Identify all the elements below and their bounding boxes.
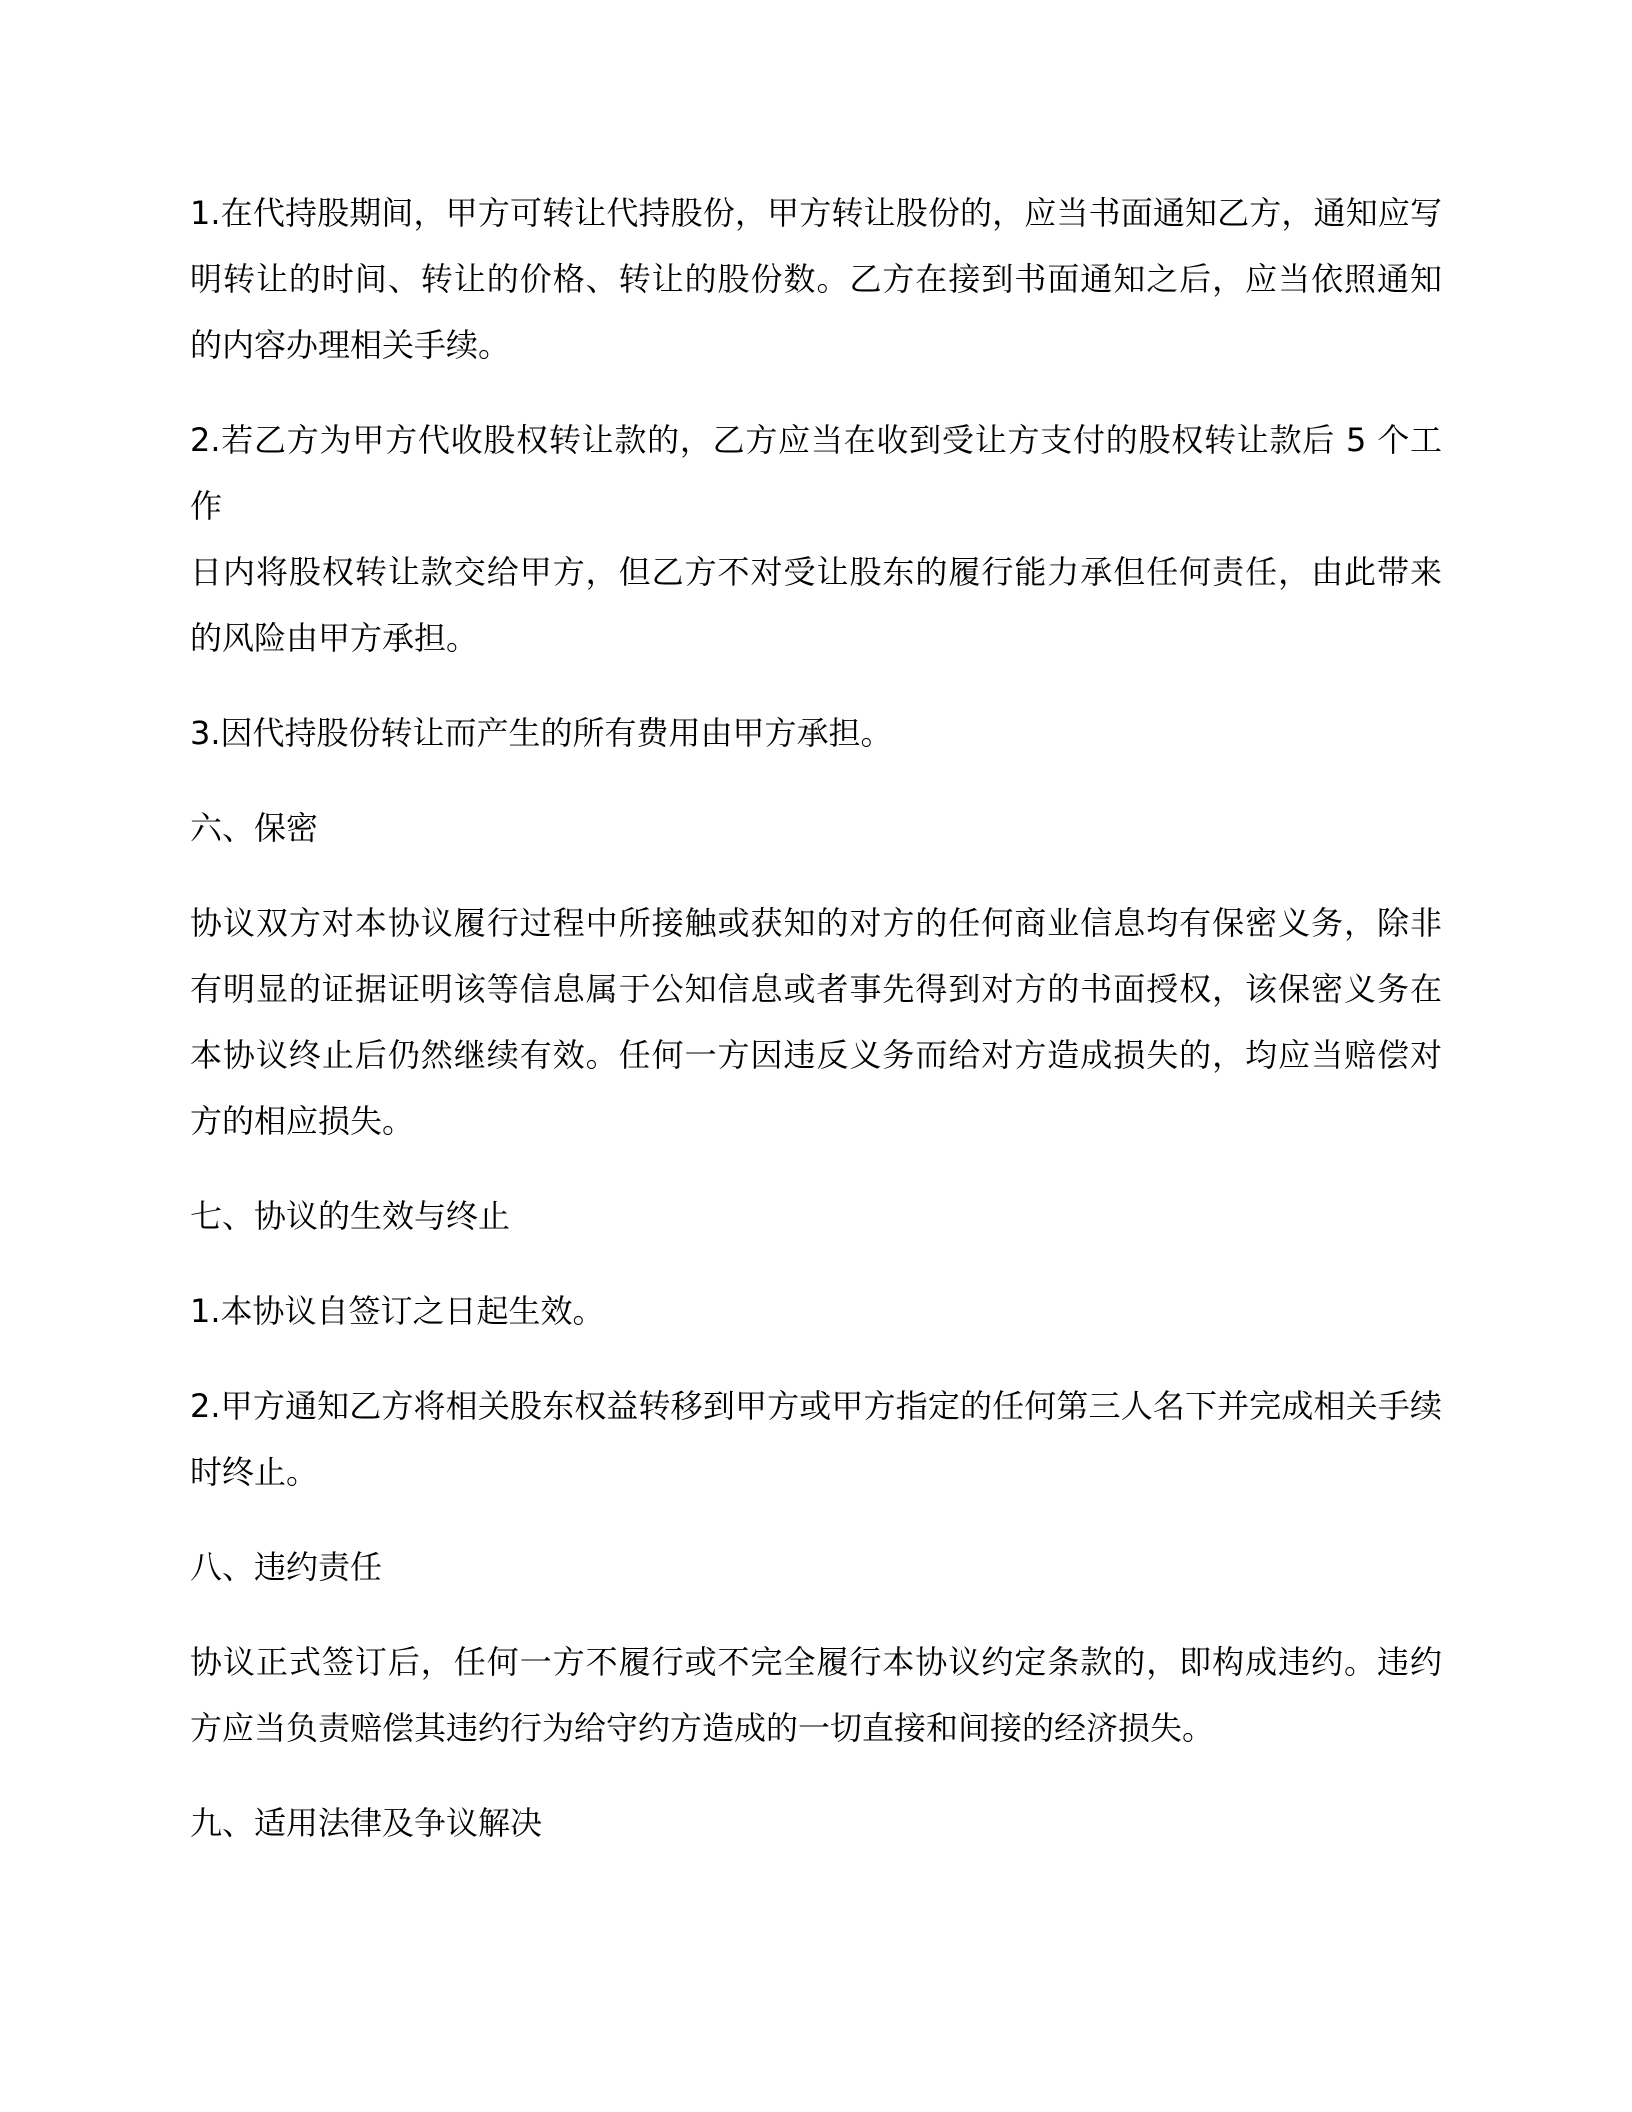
text-line: 日内将股权转让款交给甲方，但乙方不对受让股东的履行能力承但任何责任，由此带来 [190, 539, 1442, 605]
text-line: 协议双方对本协议履行过程中所接触或获知的对方的任何商业信息均有保密义务，除非 [190, 890, 1442, 956]
text-line: 的内容办理相关手续。 [190, 312, 1442, 378]
paragraph: 1.在代持股期间，甲方可转让代持股份，甲方转让股份的，应当书面通知乙方，通知应写… [190, 180, 1442, 378]
text-line: 九、适用法律及争议解决 [190, 1790, 1442, 1856]
section-heading: 六、保密 [190, 795, 1442, 861]
text-line: 六、保密 [190, 795, 1442, 861]
paragraph: 2.若乙方为甲方代收股权转让款的，乙方应当在收到受让方支付的股权转让款后 5 个… [190, 407, 1442, 671]
text-line: 1.本协议自签订之日起生效。 [190, 1278, 1442, 1344]
section-heading: 八、违约责任 [190, 1534, 1442, 1600]
paragraph: 协议双方对本协议履行过程中所接触或获知的对方的任何商业信息均有保密义务，除非 有… [190, 890, 1442, 1154]
paragraph: 协议正式签订后，任何一方不履行或不完全履行本协议约定条款的，即构成违约。违约 方… [190, 1629, 1442, 1761]
document-page: 1.在代持股期间，甲方可转让代持股份，甲方转让股份的，应当书面通知乙方，通知应写… [0, 0, 1632, 2112]
text-line: 时终止。 [190, 1439, 1442, 1505]
text-line: 3.因代持股份转让而产生的所有费用由甲方承担。 [190, 700, 1442, 766]
text-line: 有明显的证据证明该等信息属于公知信息或者事先得到对方的书面授权，该保密义务在 [190, 956, 1442, 1022]
text-line: 协议正式签订后，任何一方不履行或不完全履行本协议约定条款的，即构成违约。违约 [190, 1629, 1442, 1695]
section-heading: 七、协议的生效与终止 [190, 1183, 1442, 1249]
paragraph: 2.甲方通知乙方将相关股东权益转移到甲方或甲方指定的任何第三人名下并完成相关手续… [190, 1373, 1442, 1505]
text-line: 方应当负责赔偿其违约行为给守约方造成的一切直接和间接的经济损失。 [190, 1695, 1442, 1761]
text-line: 七、协议的生效与终止 [190, 1183, 1442, 1249]
text-line: 1.在代持股期间，甲方可转让代持股份，甲方转让股份的，应当书面通知乙方，通知应写 [190, 180, 1442, 246]
paragraph: 3.因代持股份转让而产生的所有费用由甲方承担。 [190, 700, 1442, 766]
text-line: 2.若乙方为甲方代收股权转让款的，乙方应当在收到受让方支付的股权转让款后 5 个… [190, 407, 1442, 539]
text-line: 方的相应损失。 [190, 1088, 1442, 1154]
text-line: 2.甲方通知乙方将相关股东权益转移到甲方或甲方指定的任何第三人名下并完成相关手续 [190, 1373, 1442, 1439]
section-heading: 九、适用法律及争议解决 [190, 1790, 1442, 1856]
text-line: 的风险由甲方承担。 [190, 605, 1442, 671]
text-line: 明转让的时间、转让的价格、转让的股份数。乙方在接到书面通知之后，应当依照通知 [190, 246, 1442, 312]
paragraph: 1.本协议自签订之日起生效。 [190, 1278, 1442, 1344]
text-line: 本协议终止后仍然继续有效。任何一方因违反义务而给对方造成损失的，均应当赔偿对 [190, 1022, 1442, 1088]
text-line: 八、违约责任 [190, 1534, 1442, 1600]
